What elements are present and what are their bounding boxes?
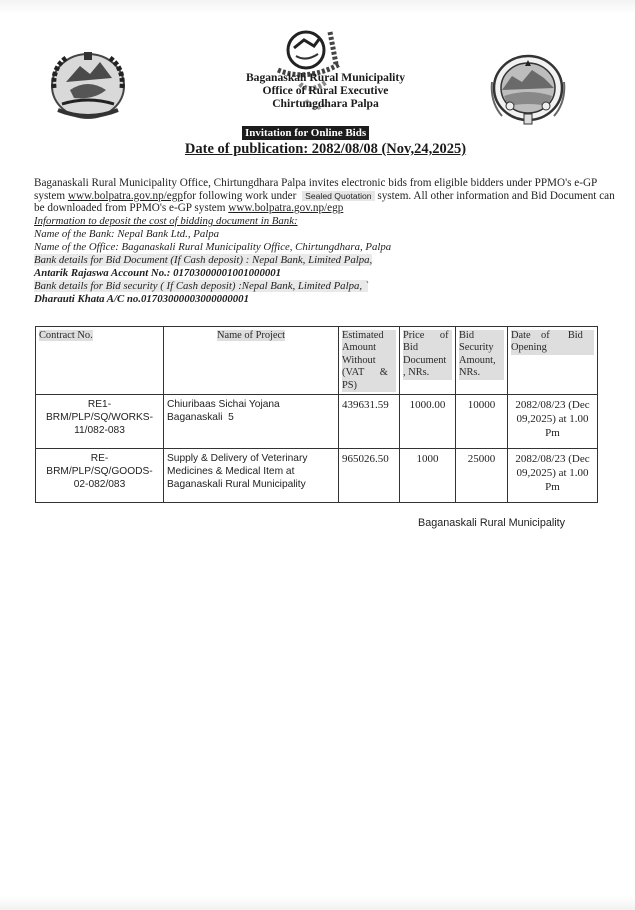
bank-name: Name of the Bank: Nepal Bank Ltd., Palpa	[34, 228, 594, 241]
bid-security-bank-details: Bank details for Bid security ( If Cash …	[34, 280, 594, 293]
dharauti-account-no: Dharauti Khata A/C no.017030000030000000…	[34, 293, 594, 306]
office-name: Name of the Office: Baganaskali Rural Mu…	[34, 241, 594, 254]
footer-signature: Baganaskali Rural Municipality	[418, 517, 565, 529]
bid-security-cell: 10000	[456, 395, 508, 449]
header-contract-no: Contract No.	[36, 327, 164, 395]
opening-date-cell: 2082/08/23 (Dec 09,2025) at 1.00 Pm	[508, 449, 598, 503]
invitation-label: Invitation for Online Bids	[242, 126, 369, 140]
intro-paragraph: Baganaskali Rural Municipality Office, C…	[34, 177, 624, 215]
doc-price-cell: 1000	[400, 449, 456, 503]
header-project-name: Name of Project	[164, 327, 339, 395]
estimated-amount-cell: 965026.50	[339, 449, 400, 503]
bank-info-heading: Information to deposit the cost of biddi…	[34, 215, 594, 228]
intro-text-2: for following work under	[183, 190, 296, 202]
table-row: RE- BRM/PLP/SQ/GOODS- 02-082/083 Supply …	[36, 449, 598, 503]
bid-security-bank-details-text: Bank details for Bid security ( If Cash …	[34, 280, 368, 292]
project-name-cell: Supply & Delivery of Veterinary Medicine…	[164, 449, 339, 503]
contract-no-cell: RE1- BRM/PLP/SQ/WORKS- 11/082-083	[36, 395, 164, 449]
header-estimated-amount: Estimated Amount Without (VAT & PS)	[339, 327, 400, 395]
header-opening-date: Date of Bid Opening	[508, 327, 598, 395]
table-header-row: Contract No. Name of Project Estimated A…	[36, 327, 598, 395]
egp-link-1[interactable]: www.bolpatra.gov.np/egp	[68, 190, 183, 202]
egp-link-2[interactable]: www.bolpatra.gov.np/egp	[228, 202, 343, 214]
opening-date-cell: 2082/08/23 (Dec 09,2025) at 1.00 Pm	[508, 395, 598, 449]
office-name-line2: Office of Rural Executive	[0, 84, 635, 97]
estimated-amount-cell: 439631.59	[339, 395, 400, 449]
bid-doc-bank-details-text: Bank details for Bid Document (If Cash d…	[34, 254, 372, 266]
office-name-line3: Chirtungdhara Palpa	[0, 97, 635, 110]
table-row: RE1- BRM/PLP/SQ/WORKS- 11/082-083 Chiuri…	[36, 395, 598, 449]
header-bid-security: Bid Security Amount, NRs.	[456, 327, 508, 395]
header-doc-price: Price of Bid Document , NRs.	[400, 327, 456, 395]
bid-security-cell: 25000	[456, 449, 508, 503]
contract-no-cell: RE- BRM/PLP/SQ/GOODS- 02-082/083	[36, 449, 164, 503]
procurement-method: Sealed Quotation	[302, 191, 374, 201]
publication-date: Date of publication: 2082/08/08 (Nov,24,…	[0, 141, 635, 158]
bids-table: Contract No. Name of Project Estimated A…	[35, 326, 598, 503]
revenue-account-no: Antarik Rajaswa Account No.: 01703000001…	[34, 267, 594, 280]
bid-doc-bank-details: Bank details for Bid Document (If Cash d…	[34, 254, 594, 267]
doc-price-cell: 1000.00	[400, 395, 456, 449]
office-name-line1: Baganaskali Rural Municipality	[0, 71, 635, 84]
project-name-cell: Chiuribaas Sichai Yojana Baganaskali 5	[164, 395, 339, 449]
